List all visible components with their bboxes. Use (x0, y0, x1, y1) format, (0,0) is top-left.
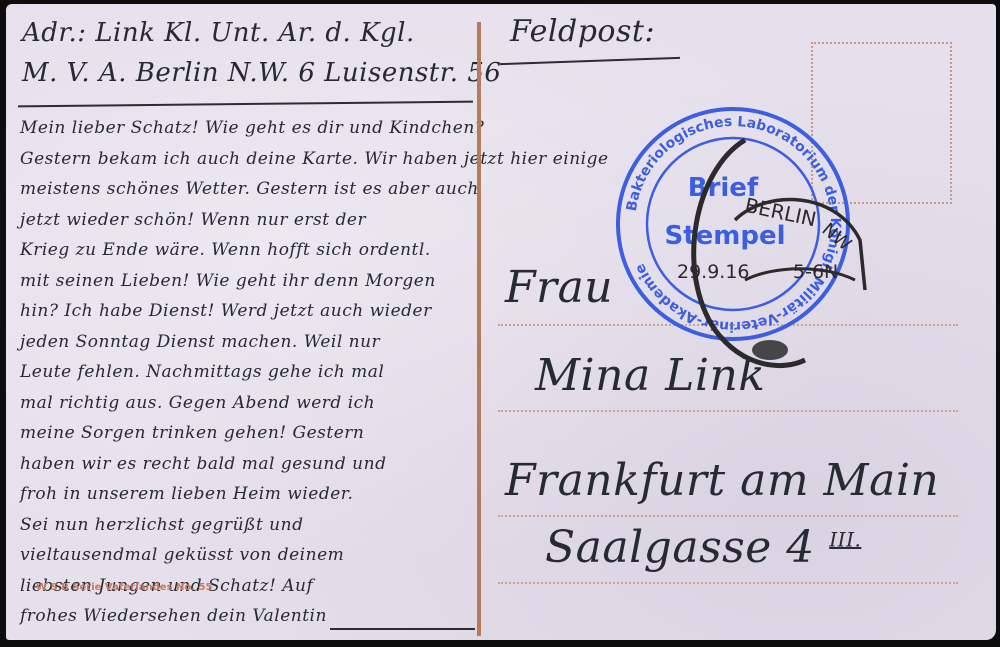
feldpost-label: Feldpost: (510, 14, 655, 49)
signature-underline (330, 628, 475, 630)
message-line: Leute fehlen. Nachmittags gehe ich mal (20, 357, 609, 388)
message-line: jetzt wieder schön! Wenn nur erst der (20, 205, 609, 236)
message-line: vieltausendmal geküsst von deinem (20, 540, 609, 571)
publisher-logo: W S B (36, 582, 69, 593)
message-line: meistens schönes Wetter. Gestern ist es … (20, 174, 609, 205)
publisher-mark: W S B Serie Vaterlandes No. 55 (36, 582, 212, 593)
berlin-postmark: BERLIN NW 29.9.16 5-6N (675, 130, 875, 380)
message-line: frohes Wiedersehen dein Valentin (20, 601, 609, 632)
address-line-3 (498, 515, 958, 517)
address-line-4 (498, 582, 958, 584)
postmark-date: 29.9.16 (677, 261, 750, 283)
message-line: mal richtig aus. Gegen Abend werd ich (20, 388, 609, 419)
message-line: jeden Sonntag Dienst machen. Weil nur (20, 327, 609, 358)
recipient-floor: III. (829, 527, 861, 551)
message-body: Mein lieber Schatz! Wie geht es dir und … (20, 113, 609, 632)
postmark-time: 5-6N (793, 261, 838, 283)
recipient-city: Frankfurt am Main (505, 455, 939, 506)
recipient-street: Saalgasse 4 III. (545, 522, 861, 573)
message-line: Mein lieber Schatz! Wie geht es dir und … (20, 113, 609, 144)
message-line: Krieg zu Ende wäre. Wenn hofft sich orde… (20, 235, 609, 266)
sender-address-line-1: Adr.: Link Kl. Unt. Ar. d. Kgl. (22, 18, 415, 48)
message-line: Gestern bekam ich auch deine Karte. Wir … (20, 144, 609, 175)
recipient-street-text: Saalgasse 4 (545, 522, 815, 573)
publisher-series: Serie Vaterlandes No. 55 (72, 582, 212, 593)
recipient-title: Frau (505, 262, 613, 313)
sender-address-line-2: M. V. A. Berlin N.W. 6 Luisenstr. 56 (22, 58, 501, 88)
center-divider (477, 22, 481, 636)
message-line: meine Sorgen trinken gehen! Gestern (20, 418, 609, 449)
address-line-2 (498, 410, 958, 412)
